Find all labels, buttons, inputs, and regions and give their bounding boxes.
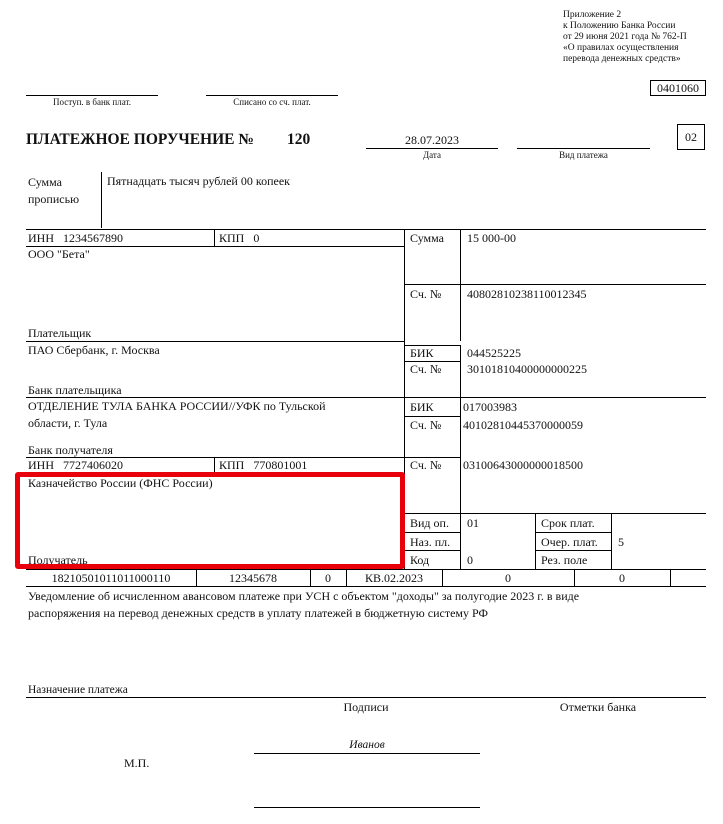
appendix-line: перевода денежных средств» [563, 54, 687, 65]
payee-kpp-label: КПП [219, 458, 244, 472]
oktmo-field: 12345678 [196, 571, 310, 586]
purpose-line2: распоряжения на перевод денежных средств… [28, 606, 488, 621]
divider [101, 172, 102, 228]
grid-line [26, 697, 706, 698]
payee-inn: ИНН 7727406020 [28, 458, 123, 473]
grid-line [404, 284, 706, 285]
appendix-line: Приложение 2 [563, 10, 687, 21]
page-title: ПЛАТЕЖНОЕ ПОРУЧЕНИЕ № [26, 131, 254, 149]
appendix-line: «О правилах осуществления [563, 43, 687, 54]
op-type-value: 01 [467, 516, 479, 531]
payer-inn: ИНН 1234567890 [28, 231, 123, 246]
payee-bank-role-label: Банк получателя [28, 443, 113, 458]
payer-bank-name: ПАО Сбербанк, г. Москва [28, 343, 160, 358]
payee-inn-label: ИНН [28, 458, 54, 472]
signer1-name: Иванов [254, 739, 480, 751]
payee-account: 03100643000000018500 [463, 458, 583, 473]
status-code: 02 [677, 124, 705, 150]
amount-words-label-line: прописью [28, 191, 79, 208]
bank-marks-label: Отметки банка [548, 700, 648, 715]
date-value: 28.07.2023 [366, 133, 498, 148]
op-type-label: Вид оп. [410, 516, 449, 531]
sum-label: Сумма [410, 231, 444, 246]
amount-words-value: Пятнадцать тысяч рублей 00 копеек [107, 174, 290, 189]
stamp-label: М.П. [124, 756, 149, 771]
payment-type-label: Вид платежа [517, 150, 650, 160]
appendix-note: Приложение 2 к Положению Банка России от… [563, 10, 687, 65]
priority-value: 5 [618, 535, 624, 550]
grid-line [670, 569, 671, 586]
payer-kpp-value: 0 [253, 231, 259, 245]
payer-bank-role-label: Банк плательщика [28, 383, 122, 398]
payee-bik: 017003983 [463, 400, 517, 415]
priority-label: Очер. плат. [541, 535, 598, 550]
signature-line-2[interactable] [254, 807, 480, 808]
payer-account-label: Сч. № [410, 287, 441, 302]
payer-role-label: Плательщик [28, 326, 91, 341]
purpose-line1: Уведомление об исчисленном авансовом пла… [28, 589, 579, 604]
doc-date-field: 0 [574, 571, 670, 586]
payee-kpp-value: 770801001 [253, 458, 307, 472]
grid-line [26, 341, 404, 342]
payee-bik-label: БИК [410, 400, 434, 415]
amount-words-label-line: Сумма [28, 174, 79, 191]
payer-bik-label: БИК [410, 346, 434, 361]
grid-line [404, 513, 706, 514]
payment-type-line [517, 148, 650, 149]
received-line [26, 95, 158, 96]
payee-inn-value: 7727406020 [63, 458, 123, 472]
date-line [366, 148, 498, 149]
grid-line [214, 229, 215, 246]
grid-line [460, 229, 461, 341]
grid-line [611, 513, 612, 569]
payee-bank-name-line2: области, г. Тула [28, 416, 107, 431]
payer-bank-account: 30101810400000000225 [467, 362, 587, 377]
tax-period-field: КВ.02.2023 [346, 571, 442, 586]
payee-account-label: Сч. № [410, 458, 441, 473]
payee-kpp: КПП 770801001 [219, 458, 307, 473]
payer-bik: 044525225 [467, 346, 521, 361]
kbk-field: 18210501011011000110 [26, 571, 196, 586]
payer-kpp: КПП 0 [219, 231, 259, 246]
appendix-line: от 29 июня 2021 года № 762-П [563, 32, 687, 43]
grid-line [404, 550, 460, 551]
grid-line [535, 550, 611, 551]
grid-line [214, 457, 215, 473]
debited-label: Списано со сч. плат. [206, 97, 338, 107]
payer-inn-value: 1234567890 [63, 231, 123, 245]
payer-account: 40802810238110012345 [467, 287, 587, 302]
grid-line [26, 586, 706, 587]
due-label: Срок плат. [541, 516, 595, 531]
doc-number-field: 0 [442, 571, 574, 586]
payee-bank-account: 40102810445370000059 [463, 418, 583, 433]
payer-inn-label: ИНН [28, 231, 54, 245]
reserved-label: Рез. поле [541, 553, 587, 568]
grid-line [404, 532, 460, 533]
code-value: 0 [467, 553, 473, 568]
highlight-frame-payee [15, 472, 405, 569]
sum-value: 15 000-00 [467, 231, 516, 246]
grid-line [535, 513, 536, 569]
basis-field: 0 [310, 571, 346, 586]
grid-line [404, 416, 460, 417]
appendix-line: к Положению Банка России [563, 21, 687, 32]
code-label: Код [410, 553, 429, 568]
form-code: 0401060 [650, 80, 706, 96]
grid-line [535, 532, 611, 533]
purpose-label: Назначение платежа [28, 684, 128, 696]
document-number: 120 [287, 131, 310, 149]
signature-line-1[interactable] [254, 753, 480, 754]
grid-line [26, 397, 706, 398]
purpose-code-label: Наз. пл. [410, 535, 450, 550]
grid-line [26, 569, 706, 570]
received-label: Поступ. в банк плат. [26, 97, 158, 107]
payer-bank-account-label: Сч. № [410, 362, 441, 377]
grid-line [26, 229, 706, 230]
date-label: Дата [366, 150, 498, 160]
payer-name: ООО "Бета" [28, 247, 90, 262]
debited-line [206, 95, 338, 96]
signatures-label: Подписи [330, 700, 402, 715]
grid-line [460, 345, 461, 569]
payer-kpp-label: КПП [219, 231, 244, 245]
amount-words-label: Сумма прописью [28, 174, 79, 208]
payee-bank-name-line1: ОТДЕЛЕНИЕ ТУЛА БАНКА РОССИИ//УФК по Туль… [28, 399, 326, 414]
payee-bank-account-label: Сч. № [410, 418, 441, 433]
